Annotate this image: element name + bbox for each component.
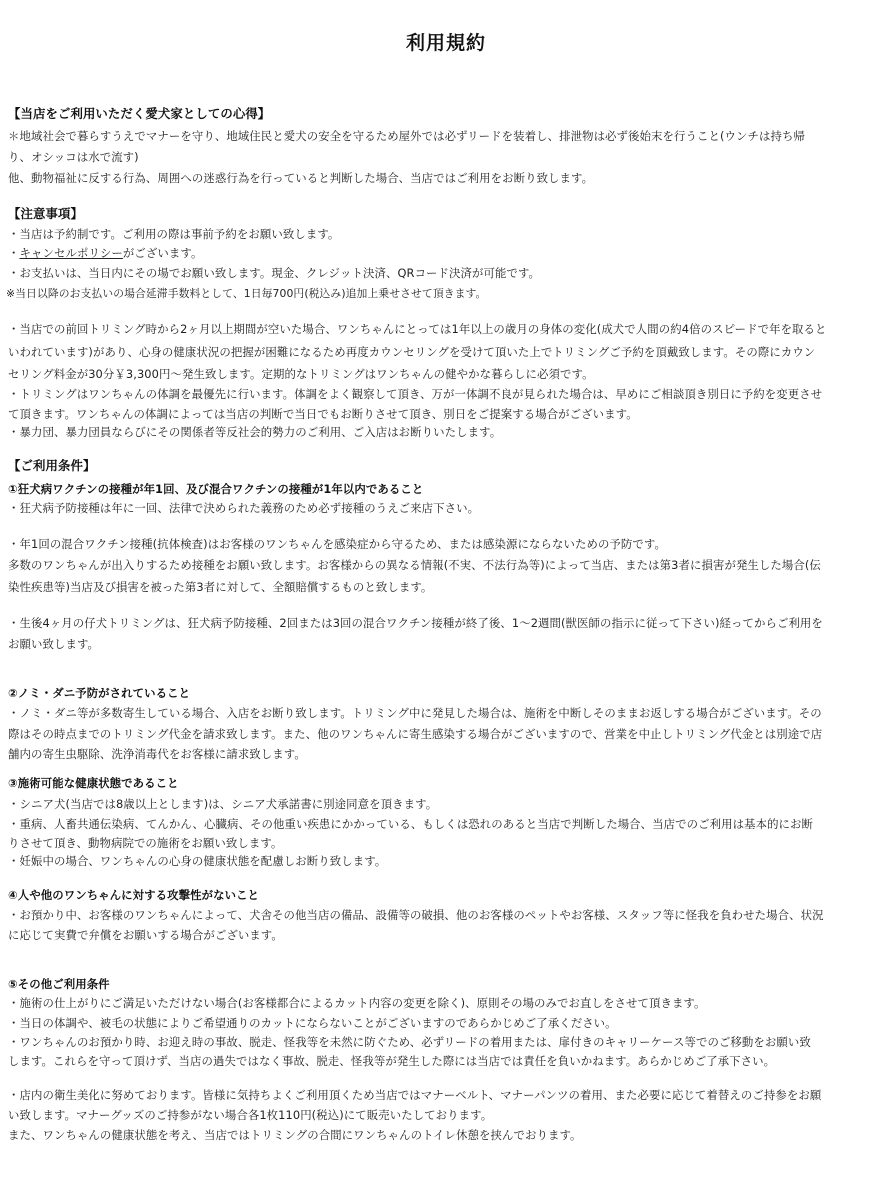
text-line: て頂きます。ワンちゃんの体調によっては当店の判断で当日でもお断りさせて頂き、別日…	[8, 404, 892, 424]
text-line: りさせて頂き、動物病院での施術をお願い致します。	[8, 833, 892, 853]
condition-3-title: ③施術可能な健康状態であること	[8, 773, 892, 793]
page-title: 利用規約	[0, 28, 892, 55]
text-line: ・シニア犬(当店では8歳以上とします)は、シニア犬承諾書に別途同意を頂きます。	[8, 794, 892, 814]
text-line: 他、動物福祉に反する行為、周囲への迷惑行為を行っていると判断した場合、当店ではご…	[8, 168, 892, 188]
text-line: セリング料金が30分￥3,300円～発生致します。定期的なトリミングはワンちゃん…	[8, 364, 892, 384]
text-line: ・当日の体調や、被毛の状態によりご希望通りのカットにならないことがございますので…	[8, 1013, 892, 1033]
text-line: ・施術の仕上がりにご満足いただけない場合(お客様都合によるカット内容の変更を除く…	[8, 993, 892, 1013]
section-heading-conditions: 【ご利用条件】	[8, 456, 892, 476]
text-line: ・ワンちゃんのお預かり時、お迎え時の事故、脱走、怪我等を未然に防ぐため、必ずリー…	[8, 1032, 892, 1052]
text-line: ・トリミングはワンちゃんの体調を最優先に行います。体調をよく観察して頂き、万が一…	[8, 384, 892, 404]
text-line: ・お預かり中、お客様のワンちゃんによって、犬舎その他当店の備品、設備等の破損、他…	[8, 905, 892, 925]
cancel-policy-line: ・キャンセルポリシーがございます。	[8, 243, 892, 263]
text-line: ・生後4ヶ月の仔犬トリミングは、狂犬病予防接種、2回または3回の混合ワクチン接種…	[8, 613, 892, 633]
bullet: ・	[8, 246, 20, 260]
text-line: 際はその時点までのトリミング代金を請求致します。また、他のワンちゃんに寄生感染す…	[8, 724, 892, 744]
text-line: ・当店での前回トリミング時から2ヶ月以上期間が空いた場合、ワンちゃんにとっては1…	[8, 319, 892, 339]
text-line: ・店内の衛生美化に努めております。皆様に気持ちよくご利用頂くため当店ではマナーベ…	[8, 1085, 892, 1105]
text-line: 多数のワンちゃんが出入りするため接種をお願い致します。お客様からの異なる情報(不…	[8, 555, 892, 575]
section-heading-notes: 【注意事項】	[8, 204, 892, 224]
text-line: ・妊娠中の場合、ワンちゃんの心身の健康状態を配慮しお断り致します。	[8, 851, 892, 871]
text-line: に応じて実費で弁償をお願いする場合がございます。	[8, 925, 892, 945]
condition-5-title: ⑤その他ご利用条件	[8, 974, 892, 994]
text-line: ・お支払いは、当日内にその場でお願い致します。現金、クレジット決済、QRコード決…	[8, 263, 892, 283]
cancel-policy-link[interactable]: キャンセルポリシー	[20, 246, 123, 260]
condition-2-title: ②ノミ・ダニ予防がされていること	[8, 683, 892, 703]
text-line: ・年1回の混合ワクチン接種(抗体検査)はお客様のワンちゃんを感染症から守るため、…	[8, 534, 892, 554]
text-line: します。これらを守って頂けず、当店の過失ではなく事故、脱走、怪我等が発生した際に…	[8, 1051, 892, 1071]
text-line: ・狂犬病予防接種は年に一回、法律で決められた義務のため必ず接種のうえご来店下さい…	[8, 498, 892, 518]
text-line: また、ワンちゃんの健康状態を考え、当店ではトリミングの合間にワンちゃんのトイレ休…	[8, 1125, 892, 1145]
text-line: ・暴力団、暴力団員ならびにその関係者等反社会的勢力のご利用、ご入店はお断りいたし…	[8, 422, 892, 442]
cancel-policy-suffix: がございます。	[123, 246, 203, 260]
text-line: ・当店は予約制です。ご利用の際は事前予約をお願い致します。	[8, 224, 892, 244]
text-line: ＊地域社会で暮らすうえでマナーを守り、地域住民と愛犬の安全を守るため屋外では必ず…	[8, 126, 892, 146]
text-line: り、オシッコは水で流す)	[8, 147, 892, 167]
text-line: ※当日以降のお支払いの場合延滞手数料として、1日毎700円(税込み)追加上乗せさ…	[6, 284, 890, 304]
text-line: ・重病、人畜共通伝染病、てんかん、心臓病、その他重い疾患にかかっている、もしくは…	[8, 814, 892, 834]
text-line: ・ノミ・ダニ等が多数寄生している場合、入店をお断り致します。トリミング中に発見し…	[8, 703, 892, 723]
section-heading-etiquette: 【当店をご利用いただく愛犬家としての心得】	[8, 104, 892, 124]
text-line: い致します。マナーグッズのご持参がない場合各1枚110円(税込)にて販売いたして…	[8, 1105, 892, 1125]
text-line: お願い致します。	[8, 634, 892, 654]
text-line: いわれています)があり、心身の健康状況の把握が困難になるため再度カウンセリングを…	[8, 342, 892, 362]
text-line: 染性疾患等)当店及び損害を被った第3者に対して、全額賠償するものと致します。	[8, 577, 892, 597]
text-line: 舗内の寄生虫駆除、洗浄消毒代をお客様に請求致します。	[8, 744, 892, 764]
condition-1-title: ①狂犬病ワクチンの接種が年1回、及び混合ワクチンの接種が1年以内であること	[8, 479, 892, 499]
condition-4-title: ④人や他のワンちゃんに対する攻撃性がないこと	[8, 885, 892, 905]
